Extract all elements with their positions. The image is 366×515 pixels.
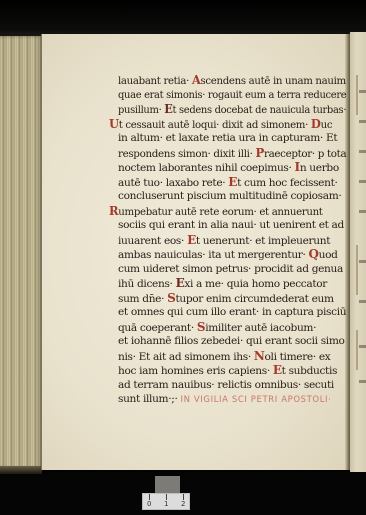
rubricated-initial: E bbox=[273, 363, 282, 377]
text-line: respondens simon· dixit illi· Praeceptor… bbox=[118, 146, 340, 161]
ruler-label: 1 bbox=[164, 500, 168, 508]
text-line: sum dn̄e· Stupor enim circumdederat eum bbox=[118, 291, 346, 306]
text-line: Ut cessauit autē loqui· dixit ad simonem… bbox=[109, 117, 337, 132]
text-line: et iohannē filios zebedei· qui erant soc… bbox=[118, 334, 346, 349]
facing-page-text-fragment bbox=[359, 345, 366, 348]
rubricated-initial: D bbox=[311, 117, 321, 131]
manuscript-text-block: lauabant retia· Ascendens autē in unam n… bbox=[118, 73, 346, 407]
rubricated-initial: S bbox=[197, 320, 205, 334]
rubricated-initial: P bbox=[256, 146, 264, 160]
text-line: et omnes qui cum illo erant· in captura … bbox=[118, 305, 346, 320]
facing-page-text-fragment bbox=[359, 180, 366, 183]
text-line: iuuarent eos· Et uenerunt· et impleuerun… bbox=[118, 233, 346, 248]
text-line: nis· Et ait ad simonem ihs· Noli timere·… bbox=[118, 349, 346, 364]
facing-page-rubric-mark bbox=[356, 245, 358, 295]
facing-page-text-fragment bbox=[359, 300, 366, 303]
text-line: ambas nauiculas· ita ut mergerentur· Quo… bbox=[118, 247, 346, 262]
text-line: noctem laborantes nihil coepimus· In uer… bbox=[118, 160, 346, 175]
facing-page-edge bbox=[350, 32, 366, 472]
facing-page-text-fragment bbox=[359, 120, 366, 123]
text-line: autē tuo· laxabo rete· Et cum hoc feciss… bbox=[118, 175, 346, 190]
text-line: quā coeperant· Similiter autē iacobum· bbox=[118, 320, 346, 335]
facing-page-text-fragment bbox=[359, 210, 366, 213]
book-fore-edge bbox=[0, 36, 42, 468]
ruler-label: 0 bbox=[147, 500, 151, 508]
scale-ruler: 0 1 2 bbox=[142, 493, 190, 510]
text-line: lauabant retia· Ascendens autē in unam n… bbox=[118, 73, 337, 88]
text-line: cum uideret simon petrus· procidit ad ge… bbox=[118, 262, 346, 277]
initial: E bbox=[164, 102, 172, 116]
rubricated-initial: R bbox=[109, 204, 118, 218]
rubricated-initial: Q bbox=[309, 247, 319, 261]
rubricated-initial: N bbox=[254, 349, 265, 363]
rubricated-initial: A bbox=[192, 73, 201, 87]
text-line: ihū dicens· Exi a me· quia homo peccator bbox=[118, 276, 346, 291]
rubricated-initial: E bbox=[228, 175, 237, 189]
text-line: Rumpebatur autē rete eorum· et annuerunt bbox=[109, 204, 337, 219]
text-line: quae erat simonis· rogauit eum a terra r… bbox=[118, 88, 332, 103]
facing-page-text-fragment bbox=[359, 150, 366, 153]
color-reference-patch bbox=[155, 476, 180, 494]
text-line: hoc iam homines eris capiens· Et subduct… bbox=[118, 363, 346, 378]
text-line: ad terram nauibus· relictis omnibus· sec… bbox=[118, 378, 346, 393]
facing-page-rubric-mark bbox=[356, 75, 358, 115]
facing-page-text-fragment bbox=[359, 90, 366, 93]
facing-page-text-fragment bbox=[359, 380, 366, 383]
text-line: in altum· et laxate retia ura in captura… bbox=[118, 131, 346, 146]
rubricated-initial: U bbox=[109, 117, 119, 131]
text-line: pusillum· Et sedens docebat de nauicula … bbox=[118, 102, 332, 117]
facing-page-rubric-mark bbox=[356, 330, 358, 370]
text-line: concluserunt piscium multitudinē copiosa… bbox=[118, 189, 346, 204]
text-line: sunt illum·;· IN VIGILIA SCI PETRI APOST… bbox=[118, 392, 346, 407]
rubricated-initial: E bbox=[187, 233, 196, 247]
facing-page-text-fragment bbox=[359, 260, 366, 263]
text-line: sociis qui erant in alia naui· ut uenire… bbox=[118, 218, 346, 233]
ruler-label: 2 bbox=[181, 500, 185, 508]
rubric-heading: IN VIGILIA SCI PETRI APOSTOLI· bbox=[181, 395, 332, 405]
background-top-shadow bbox=[0, 0, 366, 36]
